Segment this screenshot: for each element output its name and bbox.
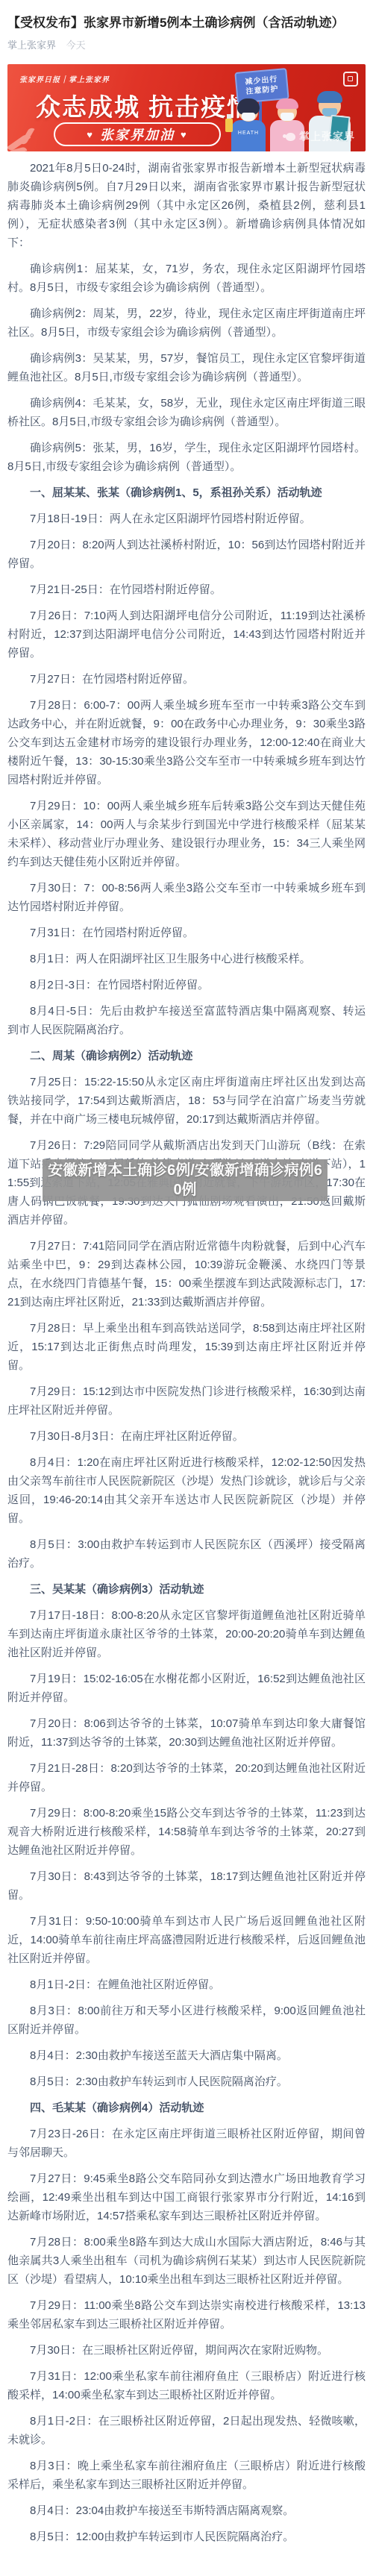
paragraph: 7月21日-25日：在竹园塔村附近停留。 <box>7 580 366 599</box>
paragraph: 7月20日：8:06到达爷爷的土钵菜，10:07骑单车到达印象大庸餐馆附近，11… <box>7 1714 366 1752</box>
heart-icon: ♥ <box>87 129 94 140</box>
paragraph: 确诊病例4：毛某某，女，58岁，无业，现住永定区南庄坪街道三眼桥社区。8月5日,… <box>7 394 366 431</box>
paragraph: 7月29日：10：00两人乘坐城乡班车后转乘3路公交车到达天健佳苑小区亲属家，1… <box>7 797 366 871</box>
paragraph: 7月30日：在三眼桥社区附近停留，期间两次在家附近购物。 <box>7 2341 366 2360</box>
paragraph: 7月17日-18日：8:00-8:20从永定区官黎坪街道鲤鱼池社区附近骑单车到达… <box>7 1606 366 1662</box>
banner-slogan: 张家界加油 <box>100 125 175 144</box>
spray-bottle-icon <box>225 119 233 132</box>
banner-headline: 众志成城 抗击疫情 <box>36 88 253 123</box>
note-icon <box>343 72 358 87</box>
banner-image: 张家界日报｜掌上张家界 众志成城 抗击疫情 ♥ 张家界加油 ♥ 减少出行 注意防… <box>7 64 366 151</box>
paragraph: 7月30日-8月3日：在南庄坪社区附近停留。 <box>7 1427 366 1446</box>
paragraph: 7月29日：11:00乘坐8路公交车到达崇实南校进行核酸采样，13:13乘坐邻居… <box>7 2296 366 2334</box>
section-heading: 二、周某（确诊病例2）活动轨迹 <box>7 1047 366 1065</box>
paragraph: 7月27日：在竹园塔村附近停留。 <box>7 670 366 689</box>
cartoon-nurse <box>270 102 304 151</box>
paragraph: 7月27日：7:41陪同同学在酒店附近常德牛肉粉就餐，后到中心汽车站乘坐中巴，9… <box>7 1237 366 1311</box>
paragraph: 7月21日-28日：8:20到达爷爷的土钵菜，20:20到达鲤鱼池社区附近并停留… <box>7 1759 366 1796</box>
banner-watermark: 掌上张家界 <box>286 129 355 144</box>
paragraph: 7月31日：在竹园塔村附近停留。 <box>7 924 366 942</box>
heart-icon: ♥ <box>181 129 188 140</box>
paragraph: 7月19日：15:02-16:05在水榭花都小区附近，16:52到达鲤鱼池社区附… <box>7 1670 366 1707</box>
paragraph: 8月5日：12:00由救护车转运到市人民医院隔离治疗。 <box>7 2528 366 2546</box>
paragraph: 7月20日：8:20两人到达社溪桥村附近，10：56到达竹园塔村附近并停留。 <box>7 536 366 573</box>
paragraph: 7月28日：8:00乘坐8路车到达大成山水国际大酒店附近，8:46与其他亲属共3… <box>7 2233 366 2289</box>
paragraph: 7月28日：6:00-7：00两人乘坐城乡班车至市一中转乘3路公交车到达政务中心… <box>7 696 366 789</box>
article-body: 2021年8月5日0-24时，湖南省张家界市报告新增本土新型冠状病毒肺炎确诊病例… <box>7 159 366 2546</box>
paragraph: 7月23日-26日：在永定区南庄坪街道三眼桥社区附近停留，期间曾与邻居聊天。 <box>7 2125 366 2162</box>
paragraph: 8月1日-2日：在鲤鱼池社区附近停留。 <box>7 1975 366 1994</box>
paragraph: 7月25日：15:22-15:50从永定区南庄坪街道南庄坪社区出发到达高铁站接同… <box>7 1073 366 1129</box>
newspaper-logo: 张家界日报｜掌上张家界 <box>19 73 110 84</box>
paragraph: 8月1日-2日：在三眼桥社区附近停留，2日起出现发热、轻微咳嗽，未就诊。 <box>7 2412 366 2449</box>
paragraph: 7月30日：8:43到达爷爷的土钵菜，18:17到达鲤鱼池社区附近并停留。 <box>7 1867 366 1905</box>
section-heading: 三、吴某某（确诊病例3）活动轨迹 <box>7 1580 366 1599</box>
paragraph: 8月1日：两人在阳湖坪社区卫生服务中心进行核酸采样。 <box>7 950 366 968</box>
article-page: 【受权发布】张家界市新增5例本土确诊病例（含活动轨迹） 掌上张家界 今天 张家界… <box>0 0 373 2576</box>
paragraph: 7月27日：9:45乘坐8路公交车陪同孙女到达澧水广场田地教育学习绘画，12:4… <box>7 2169 366 2225</box>
banner-slogan-pill: ♥ 张家界加油 ♥ <box>54 122 221 146</box>
watermark-overlay: 安徽新增本土确诊6例/安徽新增确诊病例60例 <box>43 1159 327 1201</box>
paragraph: 确诊病例5：张某，男，16岁，学生，现住永定区阳湖坪竹园塔村。8月5日,市级专家… <box>7 439 366 476</box>
branch-decoration <box>7 123 48 151</box>
paragraph: 8月3日：8:00前往万和天琴小区进行核酸采样，9:00返回鲤鱼池社区附近并停留… <box>7 2002 366 2039</box>
paragraph: 确诊病例3：吴某某，男，57岁，餐馆员工，现住永定区官黎坪街道鲤鱼池社区。8月5… <box>7 349 366 386</box>
byline: 掌上张家界 今天 <box>7 39 366 52</box>
paragraph: 7月18日-19日：两人在永定区阳湖坪竹园塔村附近停留。 <box>7 510 366 528</box>
paragraph: 8月5日：2:30由救护车转运到市人民医院隔离治疗。 <box>7 2072 366 2091</box>
paragraph: 7月28日：早上乘坐出租车到高铁站送同学，8:58到达南庄坪社区附近，15:17… <box>7 1319 366 1375</box>
section-heading: 一、屈某某、张某（确诊病例1、5，系祖孙关系）活动轨迹 <box>7 483 366 502</box>
paragraph: 确诊病例2：周某，男，22岁，待业，现住永定区南庄坪街道南庄坪社区。8月5日，市… <box>7 304 366 342</box>
paragraph: 8月4日：2:30由救护车接送至蓝天大酒店集中隔离。 <box>7 2046 366 2065</box>
section-heading: 四、毛某某（确诊病例4）活动轨迹 <box>7 2099 366 2117</box>
paragraph: 7月30日：7：00-8:56两人乘坐3路公交车至市一中转乘城乡班车到达竹园塔村… <box>7 879 366 916</box>
paragraph: 7月31日：12:00乘坐私家车前往湘府鱼庄（三眼桥店）附近进行核酸采样，14:… <box>7 2367 366 2404</box>
article-title: 【受权发布】张家界市新增5例本土确诊病例（含活动轨迹） <box>7 13 366 32</box>
publish-time: 今天 <box>66 40 86 51</box>
paragraph: 7月31日：9:50-10:00骑单车到达市人民广场后返回鲤鱼池社区附近，14:… <box>7 1912 366 1968</box>
cartoon-woman: HEATH <box>231 102 266 151</box>
paragraph: 7月26日：7:10两人到达阳湖坪电信分公司附近，11:19到达社溪桥村附近，1… <box>7 607 366 662</box>
account-name[interactable]: 掌上张家界 <box>7 40 56 51</box>
paragraph: 7月29日：15:12到达市中医院发热门诊进行核酸采样，16:30到达南庄坪社区… <box>7 1382 366 1420</box>
paragraph: 8月5日：3:00由救护车转运到市人民医院东区（西溪坪）接受隔离治疗。 <box>7 1535 366 1573</box>
paragraph: 确诊病例1：屈某某，女，71岁，务农，现住永定区阳湖坪竹园塔村。8月5日，市级专… <box>7 260 366 297</box>
paw-icon <box>286 133 295 141</box>
paragraph: 7月26日：7:29陪同同学从戴斯酒店出发到天门山游玩（B线：在索道下站乘坐摆渡… <box>7 1136 366 1229</box>
paragraph: 8月4日-5日：先后由救护车接送至富蓝特酒店集中隔离观察、转运到市人民医院隔离治… <box>7 1002 366 1039</box>
paragraph: 2021年8月5日0-24时，湖南省张家界市报告新增本土新型冠状病毒肺炎确诊病例… <box>7 159 366 252</box>
paragraph: 8月2日-3日：在竹园塔村附近停留。 <box>7 976 366 994</box>
paragraph: 7月29日：8:00-8:20乘坐15路公交车到达爷爷的土钵菜，11:23到达观… <box>7 1804 366 1860</box>
paragraph: 8月4日：23:04由救护车接送至韦斯特酒店隔离观察。 <box>7 2501 366 2520</box>
paragraph: 8月4日：1:20在南庄坪社区附近进行核酸采样，12:02-12:50因发热由父… <box>7 1453 366 1528</box>
paragraph: 8月3日：晚上乘坐私家车前往湘府鱼庄（三眼桥店）附近进行核酸采样后，乘坐私家车到… <box>7 2457 366 2494</box>
